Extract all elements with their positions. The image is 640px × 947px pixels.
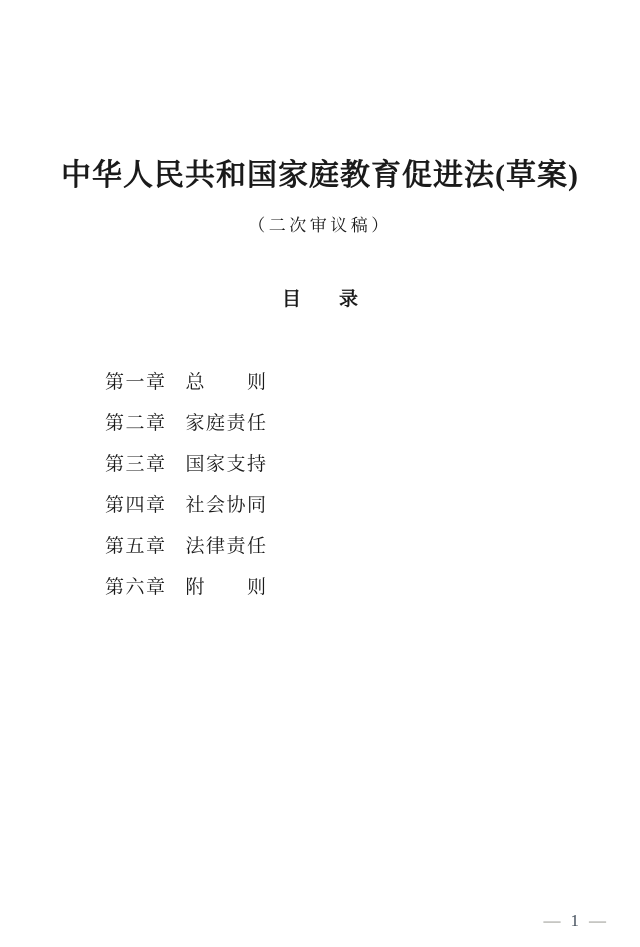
chapter-title: 法律责任 [186,536,268,557]
toc-item: 第一章总 则 [105,362,268,403]
toc-item: 第五章法律责任 [105,526,268,567]
chapter-number: 第三章 [105,454,167,475]
chapter-title: 国家支持 [186,454,268,475]
toc-item: 第四章社会协同 [105,485,268,526]
toc-item: 第六章附 则 [105,567,268,608]
footer-dash-left: — [544,911,561,930]
toc-item: 第三章国家支持 [105,444,268,485]
chapter-number: 第四章 [105,495,167,516]
chapter-title: 附 则 [186,577,268,598]
toc-item: 第二章家庭责任 [105,403,268,444]
chapter-title: 社会协同 [186,495,268,516]
document-title: 中华人民共和国家庭教育促进法(草案) [0,156,640,196]
chapter-title: 家庭责任 [186,413,268,434]
chapter-number: 第二章 [105,413,167,434]
chapter-number: 第一章 [105,372,167,393]
document-subtitle: （二次审议稿） [0,210,640,242]
chapter-number: 第五章 [105,536,167,557]
toc-heading: 目 录 [0,284,640,316]
page-footer: —1— [544,909,607,933]
toc-list: 第一章总 则 第二章家庭责任 第三章国家支持 第四章社会协同 第五章法律责任 第… [105,362,268,608]
chapter-title: 总 则 [186,372,268,393]
page-number: 1 [571,911,580,930]
document-page: 中华人民共和国家庭教育促进法(草案) （二次审议稿） 目 录 第一章总 则 第二… [0,0,640,947]
chapter-number: 第六章 [105,577,167,598]
footer-dash-right: — [589,911,606,930]
